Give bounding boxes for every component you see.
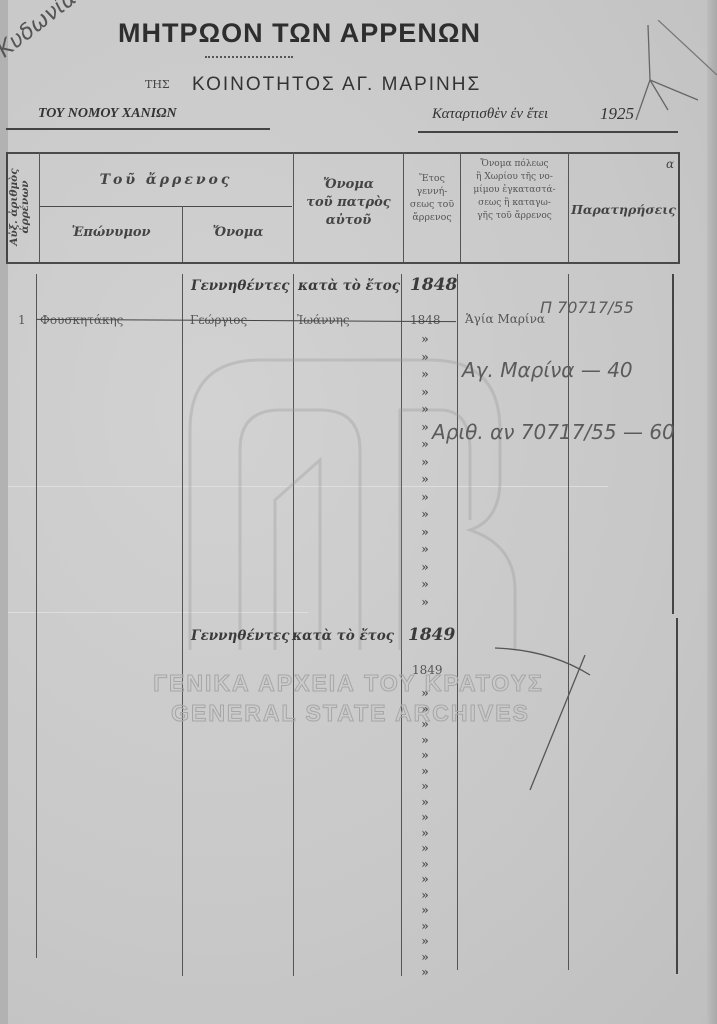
header-index-label: Αὐξ. ἀριθμὸς ἀρρένων xyxy=(9,157,31,257)
page-right-edge xyxy=(707,0,717,1024)
header-place-line: σεως ἢ καταγω- xyxy=(461,197,568,210)
watermark-english: GENERAL STATE ARCHIVES xyxy=(0,700,709,727)
ditto-mark: » xyxy=(418,367,432,381)
header-place-line: μίμου ἐγκαταστά- xyxy=(461,184,568,197)
ditto-mark: » xyxy=(418,748,432,762)
ditto-mark: » xyxy=(418,507,432,521)
section-year-label: κατὰ τὸ ἔτος xyxy=(298,278,400,294)
ditto-mark: » xyxy=(418,472,432,486)
table-top-rule xyxy=(6,152,680,154)
header-place-line: γῆς τοῦ ἄρρενος xyxy=(461,210,568,223)
ditto-mark: » xyxy=(418,332,432,346)
header-place-line: Ὄνομα πόλεως xyxy=(461,158,568,171)
header-corner-mark: α xyxy=(664,157,676,171)
ditto-mark: » xyxy=(418,595,432,609)
header-name: Ὄνομα xyxy=(183,225,293,240)
row-index: 1 xyxy=(18,313,26,327)
section-year: 1849 xyxy=(408,625,455,645)
subtitle-prefix: ΤΗΣ xyxy=(145,78,170,91)
document-page: Κυδωνία ΜΗΤΡΩΟΝ ΤΩΝ ΑΡΡΕΝΩΝ ΤΗΣ ΚΟΙΝΟΤΗΤ… xyxy=(0,0,717,1024)
ditto-mark: » xyxy=(418,965,432,979)
ditto-mark: » xyxy=(418,919,432,933)
header-birth-year: Ἔτος γεννή- σεως τοῦ ἄρρενος xyxy=(404,172,460,224)
ditto-mark: » xyxy=(418,950,432,964)
handwritten-note-place: Αγ. Μαρίνα — 40 xyxy=(462,358,633,382)
ditto-mark: » xyxy=(418,857,432,871)
ditto-mark: » xyxy=(418,560,432,574)
header-index-col: Αὐξ. ἀριθμὸς ἀρρένων xyxy=(0,155,40,259)
section-year-label: κατὰ τὸ ἔτος xyxy=(292,628,394,644)
handwritten-margin-note: Κυδωνία xyxy=(0,0,82,63)
header-rule-right xyxy=(418,131,678,133)
ditto-mark: » xyxy=(418,810,432,824)
header-birth-year-line: γεννή- xyxy=(404,185,460,198)
ditto-mark: » xyxy=(418,437,432,451)
header-father: Ὄνομα τοῦ πατρὸς αὐτοῦ xyxy=(294,176,403,230)
header-mid-rule xyxy=(40,206,292,207)
row-place: Ἁγία Μαρίνα xyxy=(465,312,545,326)
ditto-mark: » xyxy=(418,402,432,416)
header-father-line: τοῦ πατρὸς xyxy=(294,194,403,212)
ditto-mark: » xyxy=(418,779,432,793)
ditto-mark: » xyxy=(418,577,432,591)
watermark-greek: ΓΕΝΙΚΑ ΑΡΧΕΙΑ ΤΟΥ ΚΡΑΤΟΥΣ xyxy=(0,670,707,697)
header-birth-year-line: σεως τοῦ xyxy=(404,198,460,211)
ditto-mark: » xyxy=(418,764,432,778)
table-right-border xyxy=(678,152,680,262)
header-surname: Ἐπώνυμον xyxy=(40,225,182,240)
section-year: 1848 xyxy=(410,275,457,295)
ditto-mark: » xyxy=(418,795,432,809)
header-bottom-rule xyxy=(6,262,680,264)
handwritten-note-number: Αριθ. αν 70717/55 — 60 xyxy=(432,420,675,444)
ditto-mark: » xyxy=(418,888,432,902)
header-rule-left xyxy=(6,128,270,130)
ditto-mark: » xyxy=(418,490,432,504)
ditto-mark: » xyxy=(418,542,432,556)
title-ornament-rule xyxy=(205,56,293,58)
body-col-divider xyxy=(36,274,37,958)
ditto-mark: » xyxy=(418,733,432,747)
page-title: ΜΗΤΡΩΟΝ ΤΩΝ ΑΡΡΕΝΩΝ xyxy=(118,18,481,49)
community-title: ΚΟΙΝΟΤΗΤΟΣ ΑΓ. ΜΑΡΙΝΗΣ xyxy=(192,74,481,96)
header-birth-year-line: Ἔτος xyxy=(404,172,460,185)
body-right-border xyxy=(672,274,674,614)
header-place: Ὄνομα πόλεως ἢ Χωρίου τῆς νο- μίμου ἐγκα… xyxy=(461,158,568,223)
header-place-line: ἢ Χωρίου τῆς νο- xyxy=(461,171,568,184)
header-father-line: αὐτοῦ xyxy=(294,212,403,230)
ditto-mark: » xyxy=(418,934,432,948)
header-birth-year-line: ἄρρενος xyxy=(404,211,460,224)
compiled-label: Καταρτισθὲν ἐν ἔτει xyxy=(432,106,548,123)
ditto-mark: » xyxy=(418,455,432,469)
ditto-mark: » xyxy=(418,903,432,917)
header-male-group: Τοῦ ἄρρενος xyxy=(40,172,292,188)
header-remarks: Παρατηρήσεις xyxy=(569,202,678,217)
handwritten-remark-row1: Π 70717/55 xyxy=(540,298,634,317)
ditto-mark: » xyxy=(418,826,432,840)
ditto-mark: » xyxy=(418,872,432,886)
ditto-mark: » xyxy=(418,385,432,399)
ditto-mark: » xyxy=(418,350,432,364)
ditto-mark: » xyxy=(418,420,432,434)
prefecture-label: ΤΟΥ ΝΟΜΟΥ ΧΑΝΙΩΝ xyxy=(38,106,177,122)
handwritten-signature-mark xyxy=(628,20,717,120)
section-born-label: Γεννηθέντες xyxy=(191,628,289,644)
ditto-mark: » xyxy=(418,841,432,855)
header-father-line: Ὄνομα xyxy=(294,176,403,194)
section-born-label: Γεννηθέντες xyxy=(191,278,289,294)
ditto-mark: » xyxy=(418,525,432,539)
